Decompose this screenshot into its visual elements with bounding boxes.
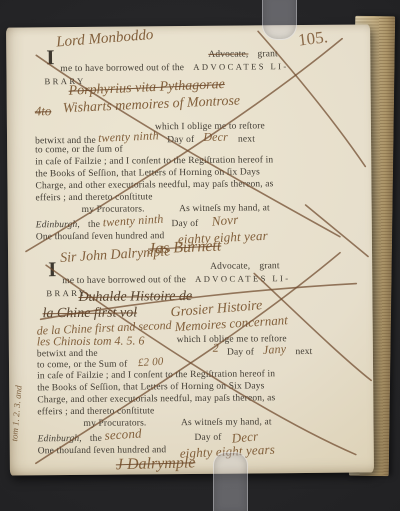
advocates-library-caps: ADVOCATES LI- <box>193 61 289 72</box>
book-format: 4to <box>35 103 52 119</box>
effeirs-line: effeirs ; and thereto conſtitute <box>35 192 152 204</box>
borrowed-line: me to have borrowed out of the ADVOCATES… <box>62 273 290 287</box>
advocate-word: Advocate, <box>210 261 250 271</box>
photograph-of-register-page: 105. tom 1. 2. 3. and I Lord Monboddo Ad… <box>0 0 400 511</box>
drop-cap: I <box>46 45 54 70</box>
borrower-name: Sir John Dalrymple <box>60 244 171 267</box>
return-day: twenty ninth <box>98 130 159 144</box>
borrower-name: Lord Monboddo <box>56 27 154 52</box>
signing-month: Novr <box>211 214 238 227</box>
advocate-grant-line: Advocate, grant <box>208 49 278 61</box>
drop-cap: I <box>48 257 56 282</box>
signing-day: second <box>104 427 142 440</box>
grant-word: grant <box>257 49 277 59</box>
advocate-grant-line: Advocate, grant <box>210 261 280 273</box>
signature: J Dalrymple <box>116 454 196 474</box>
grant-word: grant <box>259 261 279 271</box>
book-weight-strap-bottom <box>213 452 248 511</box>
advocates-library-caps: ADVOCATES LI- <box>195 273 291 284</box>
book-page: 105. tom 1. 2. 3. and I Lord Monboddo Ad… <box>6 24 374 475</box>
sum-line: to come, or the Sum of £2 00 <box>37 358 164 371</box>
loan-entry-dalrymple: I Sir John Dalrymple Advocate, grant me … <box>6 24 370 27</box>
sum-line: to come, or the ſum of <box>35 145 123 157</box>
return-month: Jany <box>263 344 287 356</box>
effeirs-line: effeirs ; and thereto conſtitute <box>37 406 154 418</box>
charge-line: Charge, and other executorials needful, … <box>37 393 275 406</box>
failzie-line: in caſe of Failzie ; and I conſent to th… <box>35 155 273 168</box>
books-of-session-line: the Books of Seſſion, that Letters of Ho… <box>35 167 260 180</box>
failzie-line: in caſe of Failzie ; and I conſent to th… <box>37 369 275 382</box>
charge-line: Charge, and other executorials needful, … <box>35 179 273 192</box>
book-title-1: Duhalde Histoire de <box>78 289 192 306</box>
book-weight-strap-top <box>262 0 297 40</box>
return-day: 2 <box>213 343 219 354</box>
advocate-word: Advocate, <box>208 49 248 59</box>
page-number: 105. <box>297 27 329 50</box>
borrowed-line: me to have borrowed out of the ADVOCATES… <box>60 61 288 75</box>
signing-day: twenty ninth <box>102 214 163 229</box>
margin-note: tom 1. 2. 3. and <box>9 385 23 442</box>
return-month: Decr <box>203 132 228 143</box>
books-of-session-line: the Books of Seſſion, that Letters of Ho… <box>37 381 264 394</box>
loan-entry-monboddo: I Lord Monboddo Advocate, grant me to ha… <box>6 24 370 27</box>
sum-amount: £2 00 <box>138 357 164 370</box>
